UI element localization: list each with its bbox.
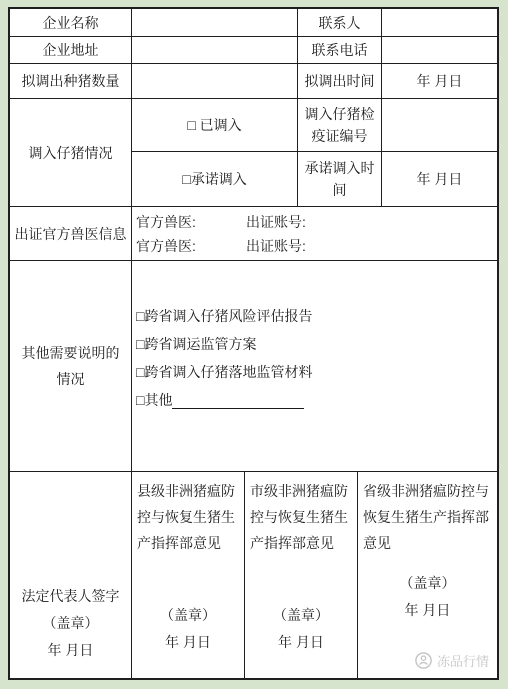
county-seal-block: （盖章） 年 月日 [132, 602, 244, 656]
province-opinion-title: 省级非洲猪瘟防控与 恢复生猪生产指挥部 意见 [358, 472, 497, 556]
quarantine-cert-number-label: 调入仔猪检疫证编号 [298, 99, 382, 151]
outbound-quantity-field[interactable] [132, 64, 298, 98]
city-date-label: 年 月日 [245, 629, 357, 656]
city-seal-label: （盖章） [245, 602, 357, 629]
outbound-time-field[interactable]: 年 月日 [382, 64, 497, 98]
risk-report-checkbox[interactable]: □跨省调入仔猪风险评估报告 [136, 307, 497, 325]
company-address-label: 企业地址 [10, 37, 132, 63]
quarantine-cert-number-field[interactable] [382, 99, 497, 151]
other-info-label: 其他需要说明的 情况 [10, 261, 132, 471]
contact-person-field[interactable] [382, 9, 497, 36]
vet-account-label-1: 出证账号: [246, 210, 306, 234]
row-company-address: 企业地址 联系电话 [10, 37, 497, 64]
province-seal-label: （盖章） [358, 570, 497, 597]
city-seal-block: （盖章） 年 月日 [245, 602, 357, 656]
legal-rep-signature-label: 法定代表人签字 [22, 583, 120, 610]
vet-info-label: 出证官方兽医信息 [10, 207, 132, 260]
landing-materials-checkbox[interactable]: □跨省调入仔猪落地监管材料 [136, 363, 497, 381]
other-info-label-line1: 其他需要说明的 [22, 340, 120, 366]
other-info-checklist: □跨省调入仔猪风险评估报告 □跨省调运监管方案 □跨省调入仔猪落地监管材料 □其… [132, 261, 497, 471]
transport-plan-checkbox[interactable]: □跨省调运监管方案 [136, 335, 497, 353]
county-opinion-cell[interactable]: 县级非洲猪瘟防控与恢复生猪生产指挥部意见 （盖章） 年 月日 [132, 472, 245, 678]
vet-line-1: 官方兽医: 出证账号: [136, 210, 497, 234]
promised-time-label: 承诺调入时间 [298, 152, 382, 206]
promised-checkbox[interactable]: □承诺调入 [132, 152, 298, 206]
city-opinion-cell[interactable]: 市级非洲猪瘟防控与恢复生猪生产指挥部意见 （盖章） 年 月日 [245, 472, 358, 678]
promised-time-field[interactable]: 年 月日 [382, 152, 497, 206]
row-vet-info: 出证官方兽医信息 官方兽医: 出证账号: 官方兽医: 出证账号: [10, 207, 497, 261]
province-seal-block: （盖章） 年 月日 [358, 570, 497, 624]
row-outbound-quantity: 拟调出种猪数量 拟调出时间 年 月日 [10, 64, 497, 99]
piglet-promised-row: □承诺调入 承诺调入时间 年 月日 [132, 152, 497, 206]
piglet-transferred-row: □ 已调入 调入仔猪检疫证编号 [132, 99, 497, 152]
transferred-checkbox[interactable]: □ 已调入 [132, 99, 298, 151]
legal-rep-date-label: 年 月日 [48, 637, 94, 664]
contact-phone-field[interactable] [382, 37, 497, 63]
brand-watermark: 冻品行情 [358, 651, 489, 670]
province-date-label: 年 月日 [358, 597, 497, 624]
county-date-label: 年 月日 [132, 629, 244, 656]
page: { "page": { "background_color": "#d6e4ce… [0, 0, 508, 689]
vet-info-fields: 官方兽医: 出证账号: 官方兽医: 出证账号: [132, 207, 497, 260]
piglet-transfer-options: □ 已调入 调入仔猪检疫证编号 □承诺调入 承诺调入时间 年 月日 [132, 99, 497, 206]
company-name-field[interactable] [132, 9, 298, 36]
legal-rep-seal-label: （盖章） [43, 610, 99, 637]
county-seal-label: （盖章） [132, 602, 244, 629]
row-other-info: 其他需要说明的 情况 □跨省调入仔猪风险评估报告 □跨省调运监管方案 □跨省调入… [10, 261, 497, 472]
outbound-time-label: 拟调出时间 [298, 64, 382, 98]
brand-logo-icon [415, 652, 432, 669]
contact-phone-label: 联系电话 [298, 37, 382, 63]
city-opinion-title: 市级非洲猪瘟防控与恢复生猪生产指挥部意见 [245, 472, 357, 556]
province-opinion-cell[interactable]: 省级非洲猪瘟防控与 恢复生猪生产指挥部 意见 （盖章） 年 月日 冻品行情 [358, 472, 497, 678]
contact-person-label: 联系人 [298, 9, 382, 36]
vet-account-label-2: 出证账号: [246, 234, 306, 258]
outbound-quantity-label: 拟调出种猪数量 [10, 64, 132, 98]
vet-name-label-2: 官方兽医: [136, 234, 246, 258]
brand-watermark-text: 冻品行情 [437, 651, 489, 670]
row-piglet-transfer: 调入仔猪情况 □ 已调入 调入仔猪检疫证编号 □承诺调入 承诺调入时间 年 月日 [10, 99, 497, 207]
other-checkbox[interactable]: □其他 [136, 391, 497, 409]
row-company-name: 企业名称 联系人 [10, 9, 497, 37]
form-table: 企业名称 联系人 企业地址 联系电话 拟调出种猪数量 拟调出时间 年 月日 调入… [8, 7, 499, 680]
other-info-label-line2: 情况 [22, 366, 120, 392]
vet-name-label-1: 官方兽医: [136, 210, 246, 234]
legal-rep-signature-cell[interactable]: 法定代表人签字 （盖章） 年 月日 [10, 472, 132, 678]
company-address-field[interactable] [132, 37, 298, 63]
row-approvals: 法定代表人签字 （盖章） 年 月日 县级非洲猪瘟防控与恢复生猪生产指挥部意见 （… [10, 472, 497, 678]
piglet-transfer-label: 调入仔猪情况 [10, 99, 132, 206]
company-name-label: 企业名称 [10, 9, 132, 36]
other-checkbox-label: □其他 [136, 392, 172, 408]
county-opinion-title: 县级非洲猪瘟防控与恢复生猪生产指挥部意见 [132, 472, 244, 556]
other-fill-line[interactable] [172, 395, 304, 409]
vet-line-2: 官方兽医: 出证账号: [136, 234, 497, 258]
